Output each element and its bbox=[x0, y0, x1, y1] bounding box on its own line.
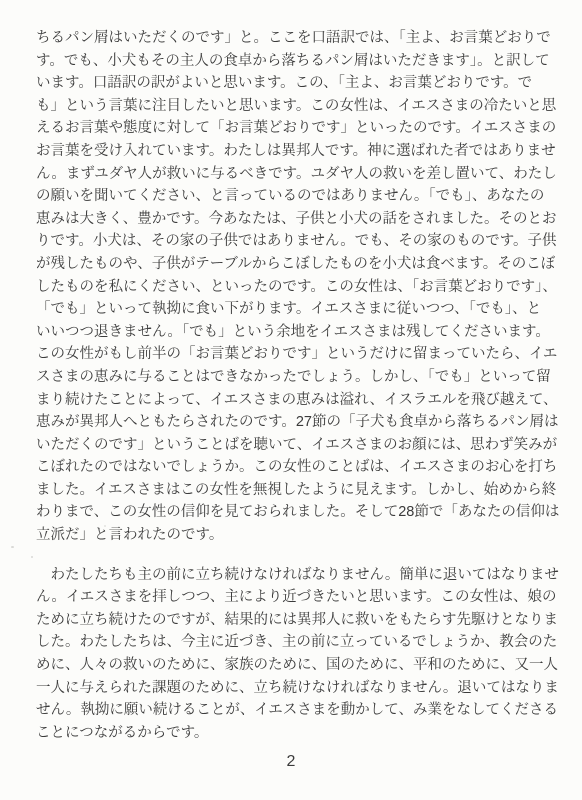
text-line: います。口語訳の訳がよいと思います。この、「主よ、お言葉どおりです。で bbox=[36, 72, 564, 95]
text-line: こぼれたのではないでしょうか。この女性のことばは、イエスさまのお心を打ち bbox=[36, 456, 564, 479]
text-line: えるお言葉や態度に対して「お言葉どおりです」といったのです。イエスさまの bbox=[36, 117, 564, 140]
text-line: わりまで、この女性の信仰を見ておられました。そして28節で「あなたの信仰は bbox=[36, 501, 564, 524]
text-line: 恵みは大きく、豊かです。今あなたは、子供と小犬の話をされました。そのとお bbox=[36, 208, 564, 231]
text-line: ちるパン屑はいただくのです」と。ここを口語訳では、「主よ、お言葉どおりで bbox=[36, 27, 564, 50]
text-line: 「でも」といって執拗に食い下がります。イエスさまに従いつつ、「でも」、と bbox=[36, 298, 564, 321]
scan-speck bbox=[11, 546, 14, 548]
text-line: わたしたちも主の前に立ち続けなければなりません。簡単に退いてはなりませ bbox=[36, 564, 564, 587]
text-line: ことにつながるからです。 bbox=[36, 722, 564, 745]
text-line: ました。イエスさまはこの女性を無視したように見えます。しかし、始めから終 bbox=[36, 479, 564, 502]
text-line: いいつつ退きません。「でも」という余地をイエスさまは残してくださいます。 bbox=[36, 321, 564, 344]
text-line: ん。イエスさまを拝しつつ、主により近づきたいと思います。この女性は、娘の bbox=[36, 586, 564, 609]
text-line: ん。まずユダヤ人が救いに与るべきです。ユダヤ人の救いを差し置いて、わたし bbox=[36, 163, 564, 186]
text-line: せん。執拗に願い続けることが、イエスさまを動かして、み業をなしてくださる bbox=[36, 699, 564, 722]
text-line: まり続けたことによって、イエスさまの恵みは溢れ、イスラエルを飛び越えて、 bbox=[36, 389, 564, 412]
text-line: 一人に与えられた課題のために、立ち続けなければなりません。退いてはなりま bbox=[36, 677, 564, 700]
text-line: お言葉を受け入れています。わたしは異邦人です。神に選ばれた者ではありませ bbox=[36, 140, 564, 163]
text-line: が残したものや、子供がテーブルからこぼしたものを小犬は食べます。そのこぼ bbox=[36, 253, 564, 276]
text-line: の願いを聞いてください、と言っているのではありません。「でも」、あなたの bbox=[36, 185, 564, 208]
text-line: この女性がもし前半の「お言葉どおりです」というだけに留まっていたら、イエ bbox=[36, 343, 564, 366]
document-page: ちるパン屑はいただくのです」と。ここを口語訳では、「主よ、お言葉どおりです。でも… bbox=[0, 0, 582, 800]
text-line: スさまの恵みに与ることはできなかったでしょう。しかし、「でも」といって留 bbox=[36, 366, 564, 389]
text-line: ために立ち続けたのですが、結果的には異邦人に救いをもたらす先駆けとなりま bbox=[36, 609, 564, 632]
text-line: も」という言葉に注目したいと思います。この女性は、イエスさまの冷たいと思 bbox=[36, 95, 564, 118]
text-line: めに、人々の救いのために、家族のために、国のために、平和のために、又一人 bbox=[36, 654, 564, 677]
text-line: いただくのです」ということばを聴いて、イエスさまのお顔には、思わず笑みが bbox=[36, 434, 564, 457]
text-line: した。わたしたちは、今主に近づき、主の前に立っているでしょうか、教会のた bbox=[36, 631, 564, 654]
text-line: 立派だ」と言われたのです。 bbox=[36, 524, 564, 547]
paragraph-1: ちるパン屑はいただくのです」と。ここを口語訳では、「主よ、お言葉どおりです。でも… bbox=[36, 27, 564, 547]
scan-speck bbox=[31, 556, 33, 558]
text-line: りです。小犬は、その家の子供ではありません。でも、その家のものです。子供 bbox=[36, 230, 564, 253]
body-text: ちるパン屑はいただくのです」と。ここを口語訳では、「主よ、お言葉どおりです。でも… bbox=[36, 27, 564, 744]
page-number: 2 bbox=[0, 753, 582, 771]
scan-speck bbox=[104, 525, 106, 527]
text-line: したものを私にください、といったのです。この女性は、「お言葉どおりです」、 bbox=[36, 276, 564, 299]
text-line: 恵みが異邦人へともたらされたのです。27節の「子犬も食卓から落ちるパン屑は bbox=[36, 411, 564, 434]
text-line: す。でも、小犬もその主人の食卓から落ちるパン屑はいただきます」。と訳して bbox=[36, 50, 564, 73]
paragraph-2: わたしたちも主の前に立ち続けなければなりません。簡単に退いてはなりません。イエス… bbox=[36, 564, 564, 745]
